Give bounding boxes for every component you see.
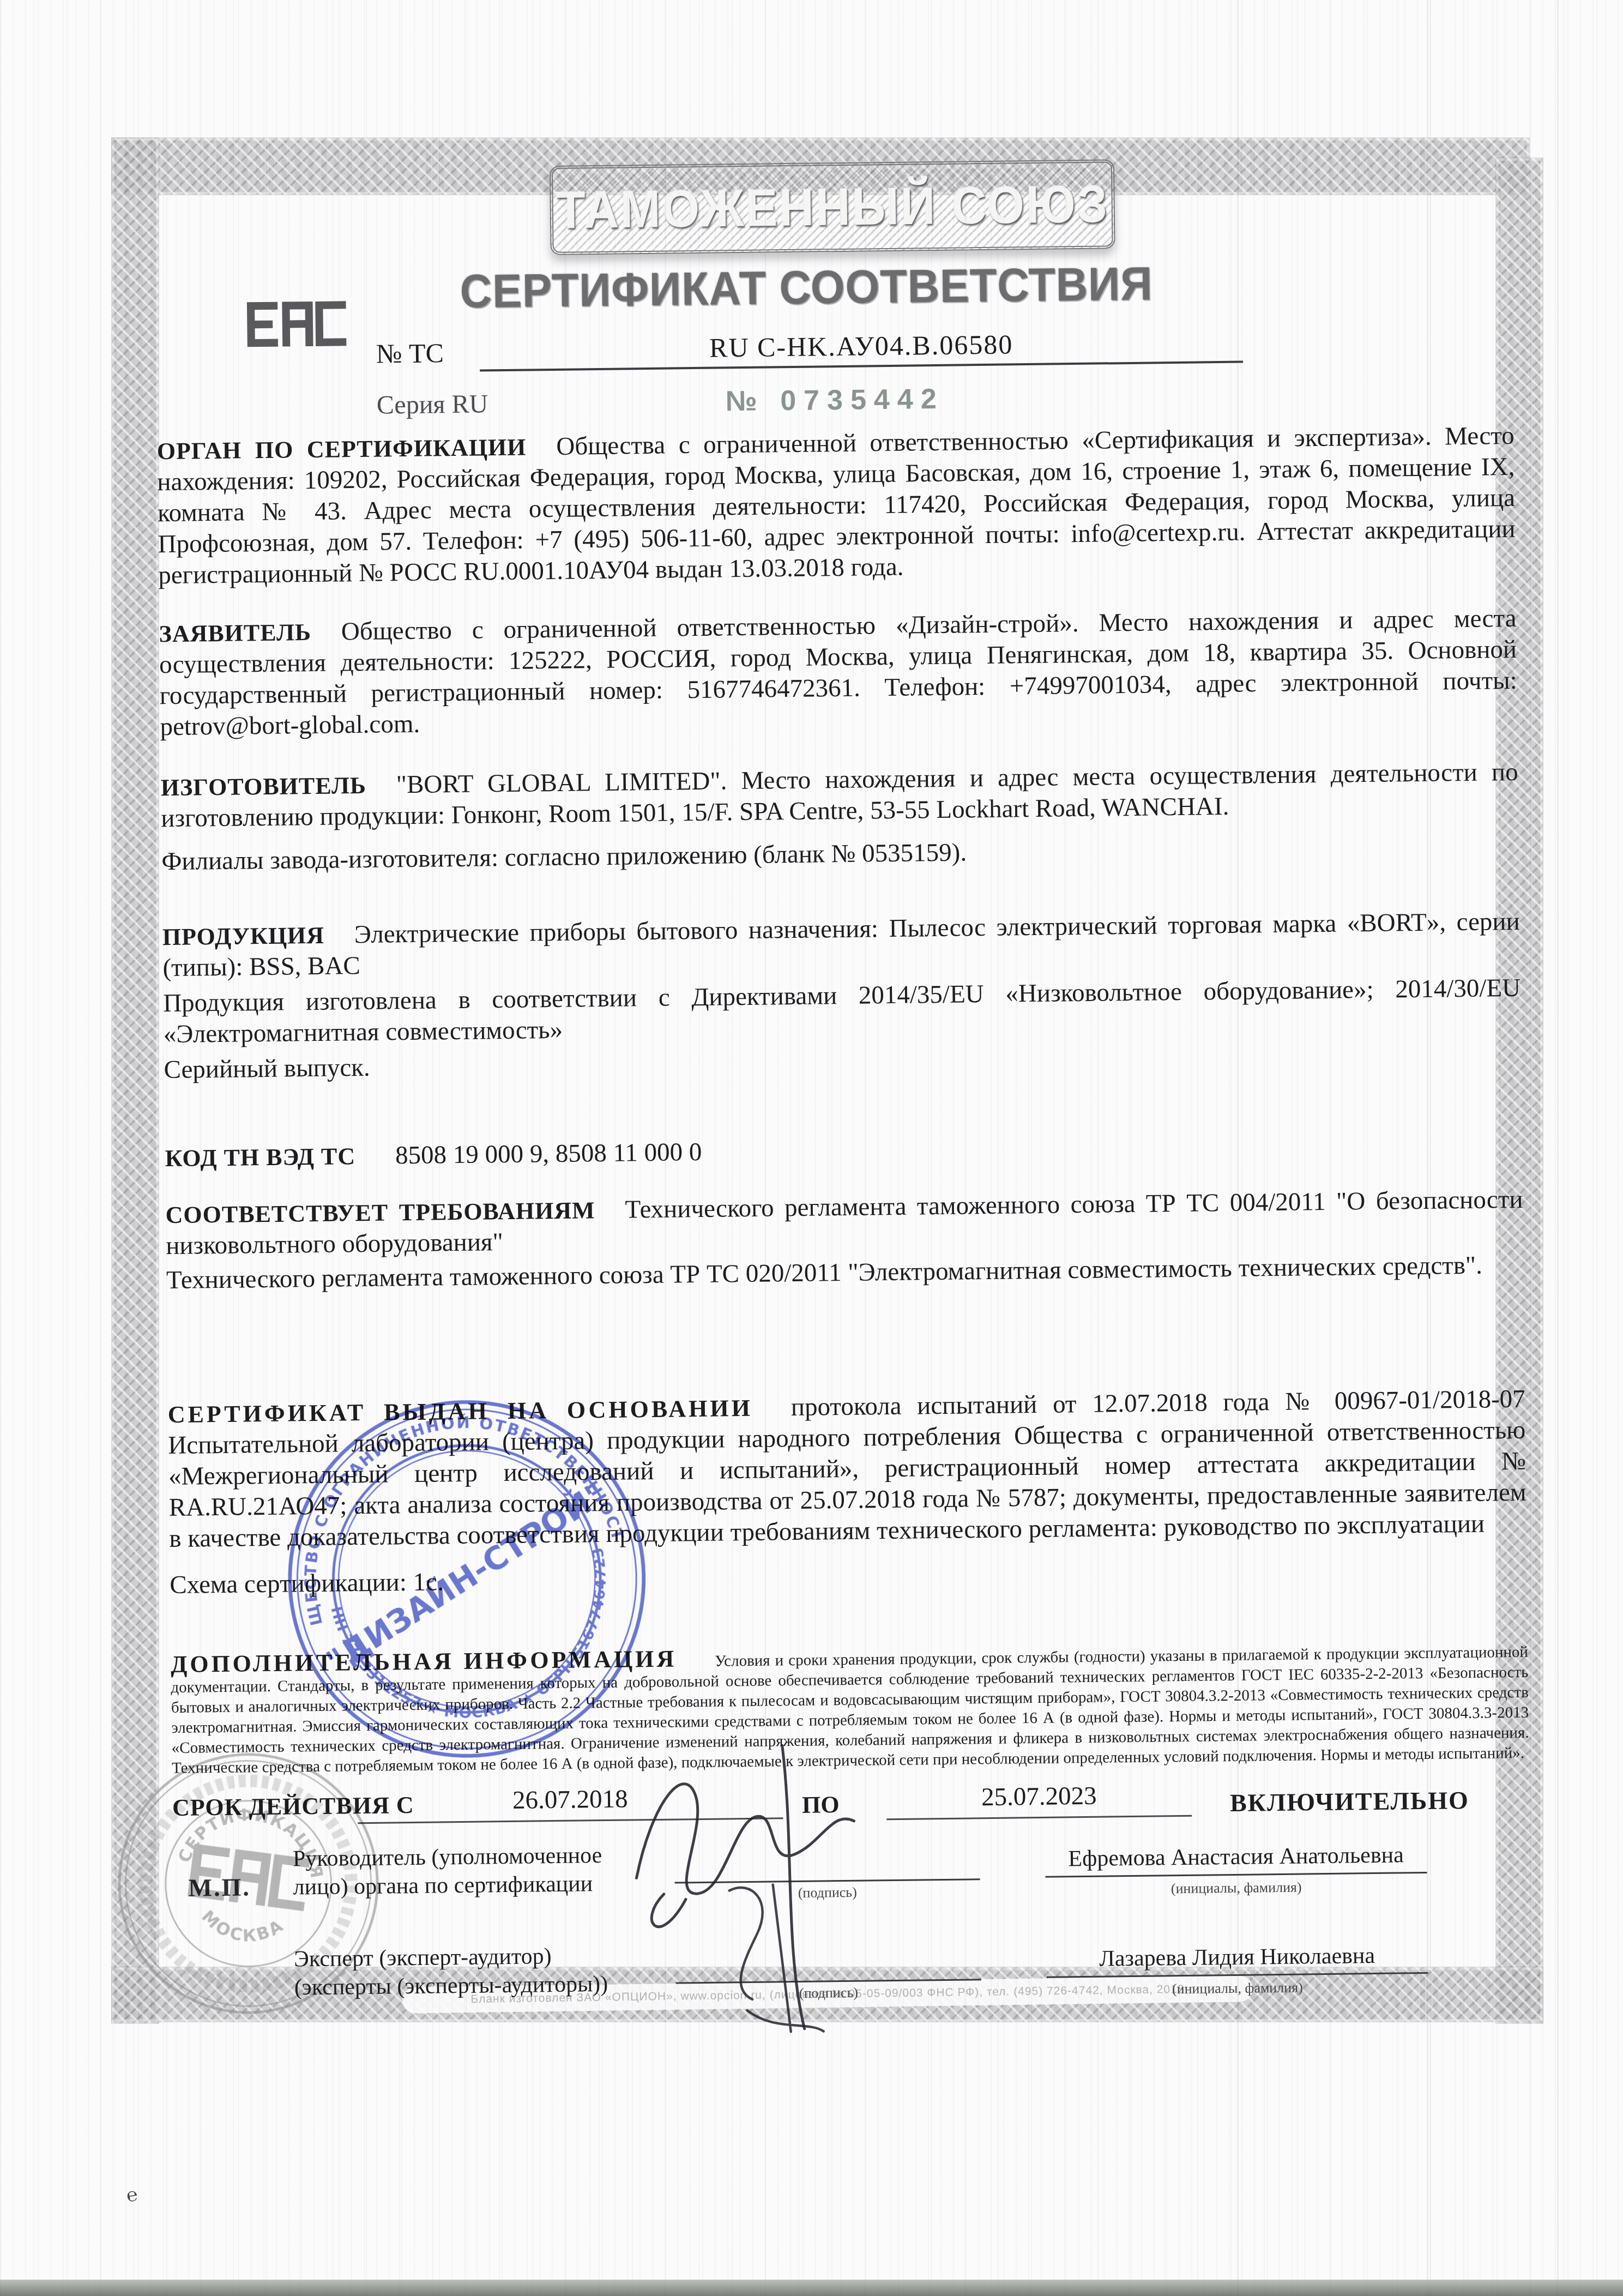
certificate-number-label: № ТС xyxy=(376,337,444,369)
name-caption: (инициалы, фамилия) xyxy=(1046,1878,1427,1899)
validity-date-to: 25.07.2023 xyxy=(886,1780,1192,1820)
stamp-eac-icon xyxy=(188,1844,310,1912)
signature-row-expert: Эксперт (эксперт-аудитор) (эксперты (экс… xyxy=(294,1931,1531,1945)
validity-inclusive-label: ВКЛЮЧИТЕЛЬНО xyxy=(1230,1786,1469,1817)
certification-stamp: СЕРТИФИКАЦИЯ МОСКВА xyxy=(96,1731,401,2036)
section-product: ПРОДУКЦИЯЭлектрические приборы бытового … xyxy=(162,906,1522,1086)
signature-row-head: Руководитель (уполномоченное лицо) орган… xyxy=(293,1831,1530,1845)
section-heading: ОРГАН ПО СЕРТИФИКАЦИИ xyxy=(156,433,556,465)
section-heading: СООТВЕТСТВУЕТ ТРЕБОВАНИЯМ xyxy=(165,1197,625,1229)
section-complies-with: СООТВЕТСТВУЕТ ТРЕБОВАНИЯМТехнического ре… xyxy=(165,1184,1524,1296)
head-name: Ефремова Анастасия Анатольевна (инициалы… xyxy=(1045,1832,1427,1878)
section-body-2: Продукция изготовлена в соответствии с Д… xyxy=(163,973,1521,1050)
customs-union-banner: ТАМОЖЕННЫЙ СОЮЗ xyxy=(550,159,1115,255)
svg-text:МОСКВА: МОСКВА xyxy=(195,1905,290,1951)
section-certification-body: ОРГАН ПО СЕРТИФИКАЦИИОбщества с ограниче… xyxy=(156,420,1516,591)
certificate-page: Бланк изготовлен ЗАО «ОПЦИОН», www.opcio… xyxy=(0,0,1623,2296)
certificate-number-row: № ТС RU C-HK.АУ04.В.06580 xyxy=(376,327,1193,336)
section-heading: ИЗГОТОВИТЕЛЬ xyxy=(160,772,396,801)
scan-line xyxy=(1237,0,1239,2296)
scan-line xyxy=(1557,0,1559,2296)
stray-mark: ℮ xyxy=(125,2185,140,2207)
section-heading: ЗАЯВИТЕЛЬ xyxy=(159,618,341,647)
eac-logo-icon xyxy=(247,301,347,347)
section-body: Электрические приборы бытового назначени… xyxy=(162,907,1520,982)
series-label: Серия RU xyxy=(377,389,488,419)
stamp-center-text: "ДИЗАЙН-СТРОЙ" xyxy=(319,1474,612,1680)
certificate-content: ТАМОЖЕННЫЙ СОЮЗ СЕРТИФИКАТ СООТВЕТСТВИЯ … xyxy=(152,0,1533,2058)
tn-ved-value: 8508 19 000 9, 8508 11 000 0 xyxy=(385,1138,702,1170)
section-manufacturer: ИЗГОТОВИТЕЛЬ"BORT GLOBAL LIMITED". Место… xyxy=(160,757,1519,877)
expert-signature-ink xyxy=(696,1867,862,2049)
banner-text: ТАМОЖЕННЫЙ СОЮЗ xyxy=(556,174,1109,240)
section-heading: КОД ТН ВЭД ТС xyxy=(165,1143,385,1172)
section-applicant: ЗАЯВИТЕЛЬОбщество с ограниченной ответст… xyxy=(159,603,1517,743)
section-body-2: Филиалы завода-изготовителя: согласно пр… xyxy=(161,831,1519,877)
series-number: № 0735442 xyxy=(725,383,944,418)
section-tn-ved-code: КОД ТН ВЭД ТС8508 19 000 9, 8508 11 000 … xyxy=(165,1128,1522,1174)
stamp-arc-bottom-text: МОСКВА xyxy=(195,1905,290,1951)
section-body: Общество с ограниченной ответственностью… xyxy=(159,604,1517,741)
scan-bottom-edge xyxy=(0,2280,1623,2296)
page-title: СЕРТИФИКАТ СООТВЕТСТВИЯ xyxy=(460,257,1131,319)
section-heading: ПРОДУКЦИЯ xyxy=(162,921,355,950)
scan-line xyxy=(1427,0,1428,2296)
certificate-number-value: RU C-HK.АУ04.В.06580 xyxy=(479,326,1243,372)
series-row: Серия RU № 0735442 xyxy=(377,380,1250,420)
